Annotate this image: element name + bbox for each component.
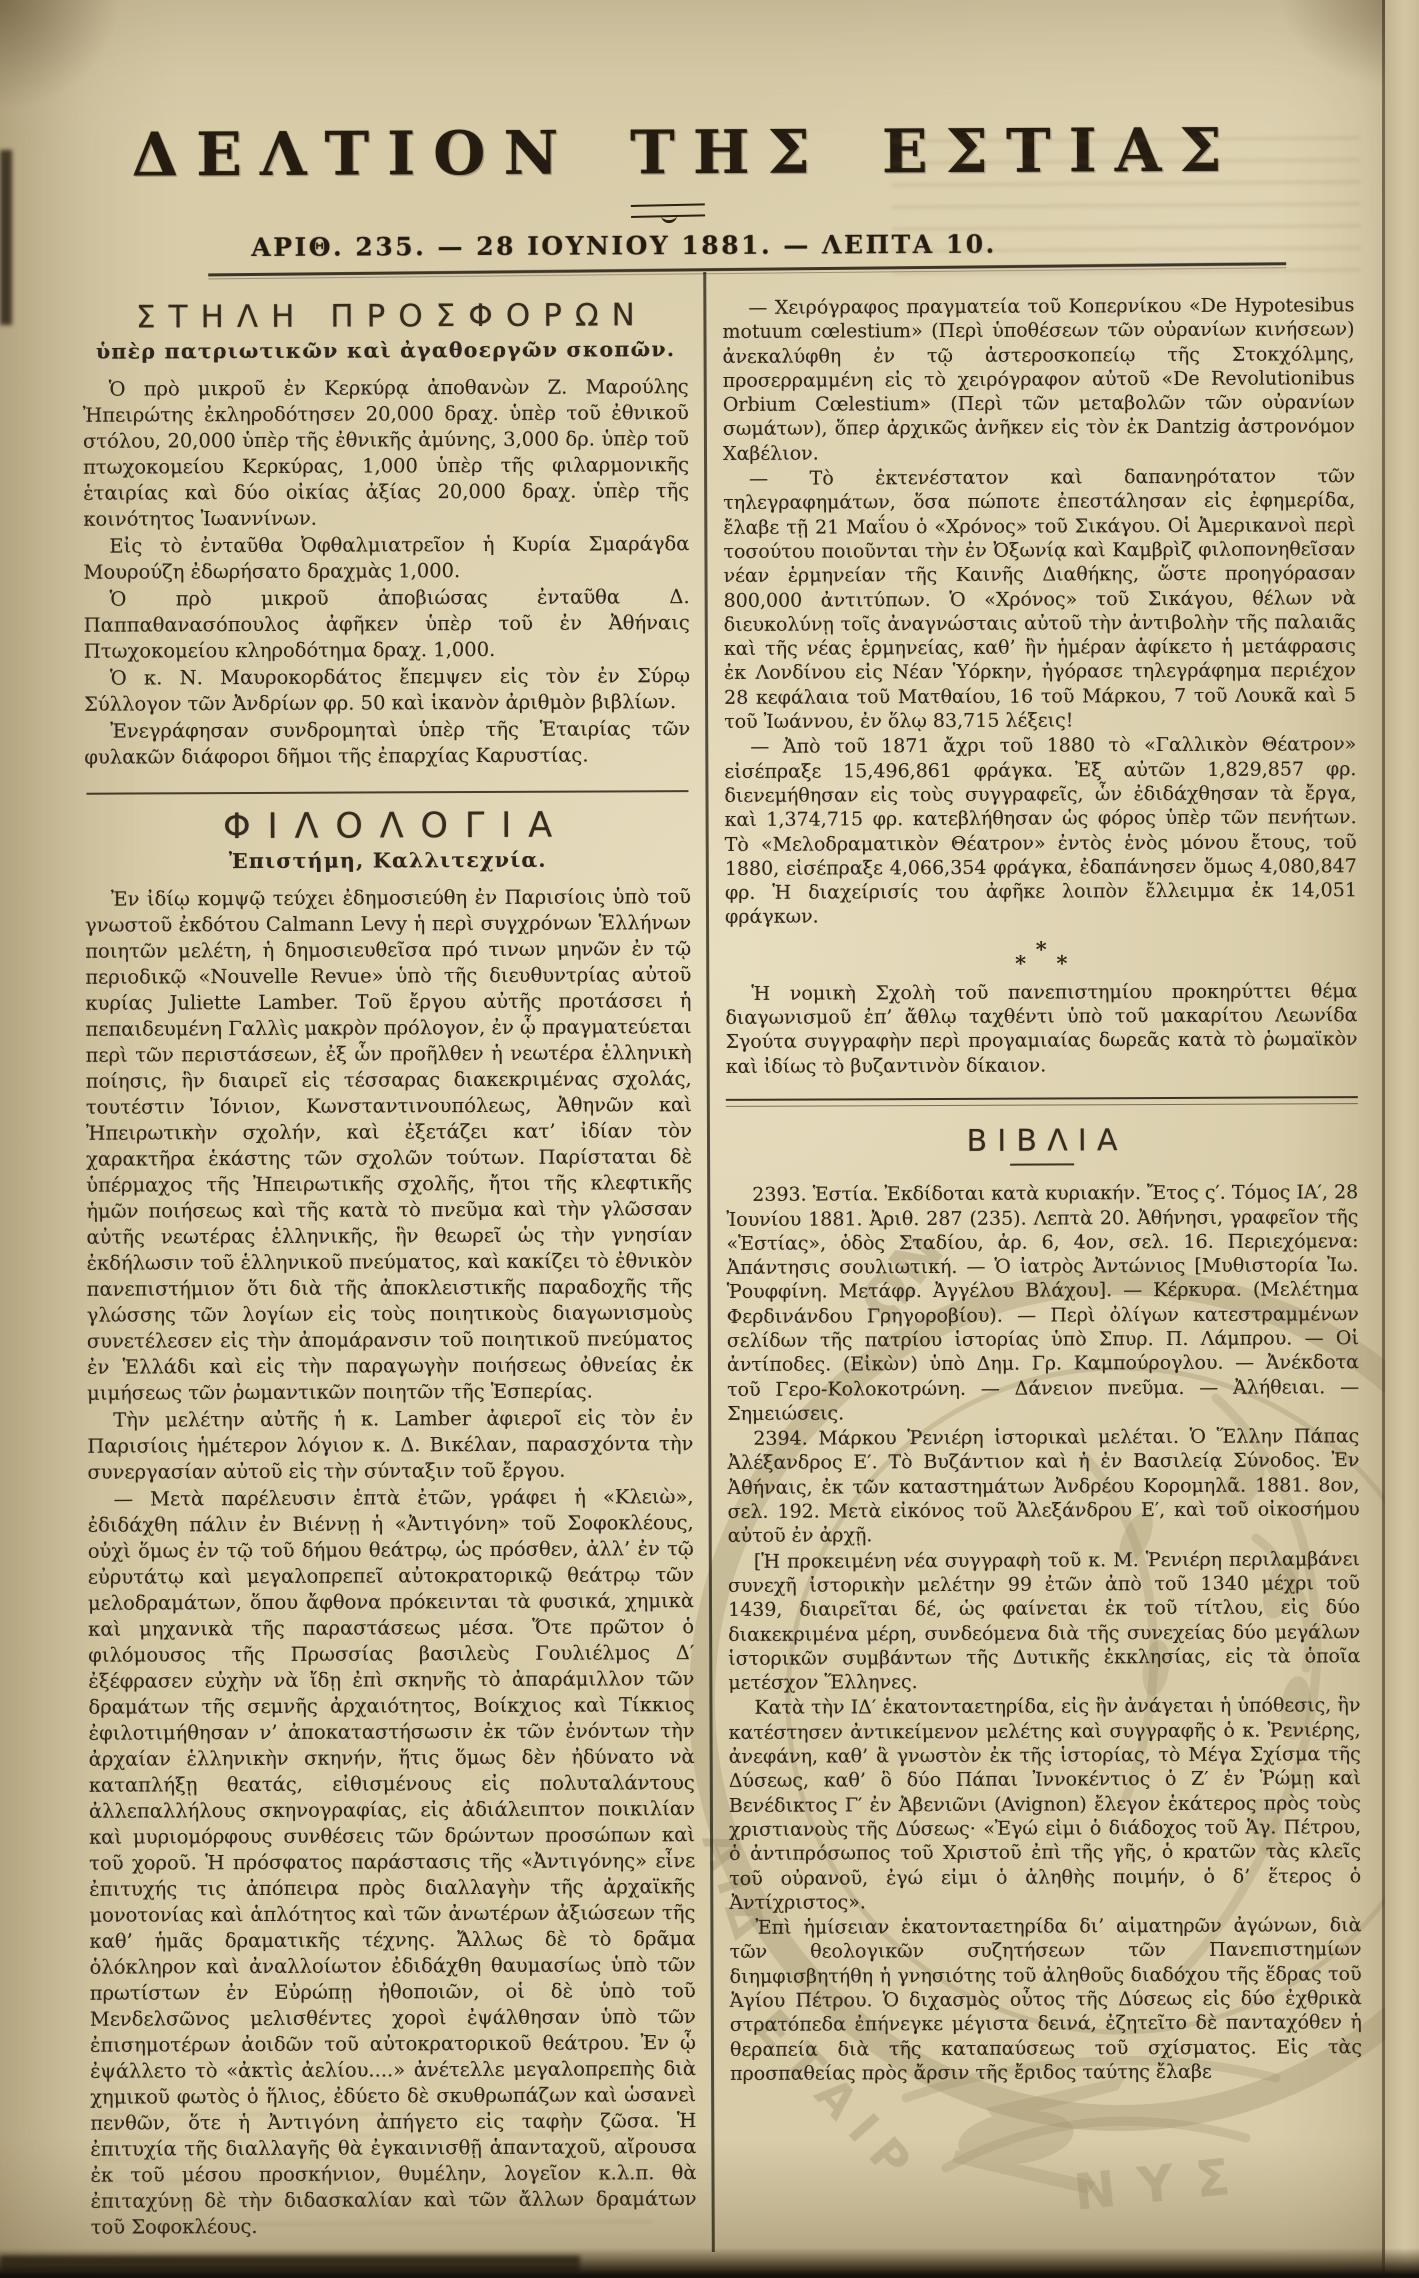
news-item: — Τὸ ἐκτενέστατον καὶ δαπανηρότατον τῶν … — [723, 464, 1356, 734]
right-column: — Χειρόγραφος πραγματεία τοῦ Κοπερνίκου … — [722, 293, 1362, 2086]
offers-paragraph: Εἰς τὸ ἐνταῦθα Ὀφθαλμιατρεῖον ἡ Κυρία Σμ… — [83, 531, 689, 586]
book-entry: 2393. Ἑστία. Ἐκδίδοται κατὰ κυριακήν. Ἔτ… — [726, 1180, 1359, 1426]
offers-heading: ΣΤΗΛΗ ΠΡΟΣΦΟΡΩΝ — [82, 302, 688, 331]
books-section-rule — [726, 1096, 1358, 1107]
news-item: — Χειρόγραφος πραγματεία τοῦ Κοπερνίκου … — [722, 293, 1355, 466]
bleedthrough-ghost-text — [891, 136, 1360, 291]
offers-paragraph: Ὁ πρὸ μικροῦ ἐν Κερκύρᾳ ἀποθανὼν Ζ. Μαρο… — [83, 374, 690, 533]
law-school-notice: Ἡ νομικὴ Σχολὴ τοῦ πανεπιστημίου προκηρύ… — [725, 979, 1357, 1079]
offers-paragraph: Ὁ πρὸ μικροῦ ἀποβιώσας ἐνταῦθα Δ. Παππαθ… — [84, 584, 690, 665]
offers-paragraph: Ἐνεγράφησαν συνδρομηταὶ ὑπὲρ τῆς Ἑταιρία… — [84, 716, 690, 771]
corner-shadow — [0, 0, 120, 110]
book-entry: 2394. Μάρκου Ῥενιέρη ἱστορικαὶ μελέται. … — [727, 1424, 1360, 1548]
newspaper-page: ΩΝ ΑΙΔ ΕΤΑΙΡ ΝΥΣ ΔΕΛΤΙΟΝ ΤΗΣ ΕΣΤΙΑΣ ΑΡΙΘ… — [0, 0, 1419, 2278]
column-divider-rule — [703, 272, 714, 2252]
books-heading: ΒΙΒΛΙΑ — [726, 1128, 1358, 1155]
masthead-flourish — [631, 203, 705, 218]
offers-subtitle: ὑπὲρ πατριωτικῶν καὶ ἀγαθοεργῶν σκοπῶν. — [83, 336, 689, 365]
book-entry: [Ἡ προκειμένη νέα συγγραφὴ τοῦ κ. Μ. Ῥεν… — [728, 1547, 1361, 1696]
philology-subtitle: Ἐπιστήμη, Καλλιτεχνία. — [85, 846, 691, 875]
philology-section-rule — [86, 790, 688, 795]
book-entry: Ἐπὶ ἡμίσειαν ἑκατονταετηρίδα δι’ αἱματηρ… — [729, 1913, 1362, 2086]
bottom-edge-shadow — [0, 2248, 1419, 2278]
offers-paragraph: Ὁ κ. Ν. Μαυροκορδάτος ἔπεμψεν εἰς τὸν ἐν… — [84, 663, 690, 718]
left-column: ΣΤΗΛΗ ΠΡΟΣΦΟΡΩΝ ὑπὲρ πατριωτικῶν καὶ ἀγα… — [82, 296, 696, 2241]
asterism-bottom-stars: * * — [1003, 956, 1079, 970]
philology-paragraph: Τὴν μελέτην αὐτῆς ἡ κ. Lamber ἀφιεροῖ εἰ… — [87, 1405, 693, 1486]
book-entry: Κατὰ τὴν ΙΔ′ ἑκατονταετηρίδα, εἰς ἣν ἀνά… — [728, 1694, 1361, 1915]
asterism-divider: * * * — [725, 941, 1357, 972]
philology-heading: ΦΙΛΟΛΟΓΙΑ — [85, 812, 691, 841]
bleedthrough-ghost-text — [96, 2110, 653, 2240]
left-edge-ink-mark — [0, 150, 12, 325]
page-edge-margin — [1385, 0, 1419, 2278]
books-heading-underline — [1010, 1164, 1074, 1166]
news-item: — Ἀπὸ τοῦ 1871 ἄχρι τοῦ 1880 τὸ «Γαλλικὸ… — [724, 733, 1357, 930]
philology-paragraph: Ἐν ἰδίῳ κομψῷ τεύχει ἐδημοσιεύθη ἐν Παρι… — [85, 884, 693, 1407]
